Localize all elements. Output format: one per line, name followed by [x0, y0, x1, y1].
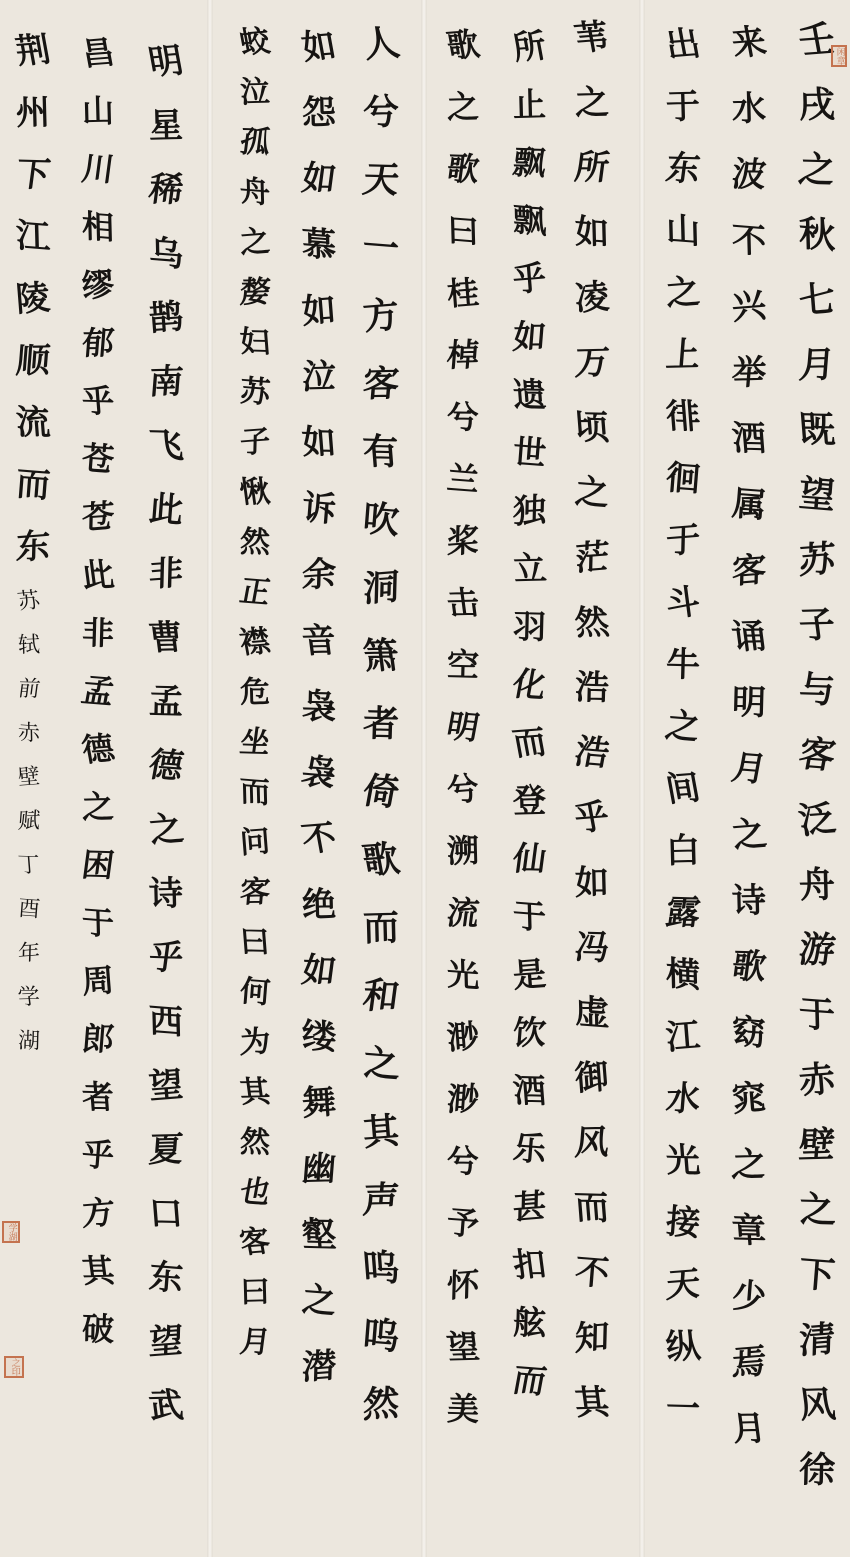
- calligraphy-character: 诗: [148, 862, 184, 927]
- calligraphy-character: 稀: [145, 158, 187, 223]
- calligraphy-character: 东: [662, 138, 704, 201]
- calligraphy-character: 浩: [574, 656, 610, 722]
- calligraphy-character: 州: [15, 82, 51, 145]
- seal-stamp-name: 之印: [4, 1356, 24, 1378]
- calligraphy-character: 壁: [16, 755, 41, 801]
- calligraphy-character: 而: [14, 453, 53, 517]
- calligraphy-character: 是: [510, 945, 547, 1005]
- calligraphy-character: 然: [239, 518, 270, 569]
- calligraphy-character: 荆: [11, 19, 56, 83]
- calligraphy-character: 缕: [301, 1003, 337, 1071]
- calligraphy-character: 白: [665, 820, 701, 883]
- calligraphy-character: 之: [661, 695, 706, 759]
- calligraphy-character: 其: [571, 1371, 613, 1437]
- calligraphy-character: 兮: [362, 78, 400, 147]
- calligraphy-character: 如: [574, 851, 610, 917]
- calligraphy-character: 明: [143, 29, 188, 95]
- calligraphy-character: 襟: [236, 617, 275, 669]
- calligraphy-character: 下: [12, 144, 54, 207]
- calligraphy-character: 缪: [80, 255, 116, 315]
- calligraphy-character: 棹: [445, 324, 482, 387]
- calligraphy-character: 徐: [798, 1438, 836, 1504]
- calligraphy-character: 舟: [798, 853, 836, 919]
- calligraphy-character: 怀: [446, 1253, 480, 1317]
- calligraphy-character: 曹: [145, 606, 187, 671]
- calligraphy-character: 客: [360, 350, 401, 419]
- calligraphy-character: 子: [239, 417, 270, 469]
- calligraphy-character: 学: [15, 976, 43, 1021]
- calligraphy-character: 孟: [77, 661, 119, 721]
- calligraphy-character: 口: [146, 1182, 185, 1247]
- calligraphy-character: 前: [15, 668, 43, 713]
- calligraphy-column: 壬戌之秋七月既望苏子与客泛舟游于赤壁之下清风徐: [790, 8, 844, 1503]
- calligraphy-character: 露: [662, 882, 704, 945]
- calligraphy-character: 兰: [445, 447, 482, 511]
- calligraphy-character: 然: [571, 591, 613, 657]
- calligraphy-column: 人兮天一方客有吹洞箫者倚歌而和之其声呜呜然: [352, 10, 410, 1438]
- calligraphy-character: 人: [357, 9, 405, 80]
- calligraphy-character: 和: [359, 962, 404, 1031]
- calligraphy-character: 间: [661, 757, 706, 821]
- calligraphy-character: 绝: [301, 872, 337, 939]
- calligraphy-character: 如: [574, 200, 610, 267]
- calligraphy-artwork: 壬戌之秋七月既望苏子与客泛舟游于赤壁之下清风徐 来水波不兴举酒属客诵明月之诗歌窈…: [0, 0, 850, 1557]
- calligraphy-character: 甚: [512, 1177, 547, 1237]
- calligraphy-character: 波: [728, 142, 771, 209]
- calligraphy-character: 化: [507, 655, 550, 715]
- calligraphy-character: 知: [574, 1305, 610, 1372]
- calligraphy-character: 接: [664, 1191, 703, 1255]
- calligraphy-character: 而: [239, 767, 270, 819]
- calligraphy-character: 如: [299, 277, 338, 345]
- calligraphy-character: 之: [143, 797, 188, 863]
- calligraphy-character: 来: [726, 9, 772, 77]
- calligraphy-character: 章: [729, 1198, 768, 1265]
- calligraphy-character: 赋: [16, 800, 42, 845]
- calligraphy-character: 江: [664, 1005, 703, 1069]
- calligraphy-character: 吹: [360, 485, 401, 556]
- calligraphy-character: 曰: [446, 199, 480, 263]
- calligraphy-character: 酒: [510, 1062, 548, 1121]
- calligraphy-character: 予: [445, 1191, 482, 1255]
- calligraphy-character: 戌: [798, 73, 836, 139]
- calligraphy-character: 非: [81, 604, 115, 663]
- calligraphy-character: 举: [729, 340, 768, 407]
- calligraphy-character: 明: [441, 695, 484, 759]
- calligraphy-character: 嫠: [238, 268, 272, 319]
- calligraphy-character: 月: [728, 1396, 771, 1463]
- calligraphy-character: 之: [796, 1178, 837, 1244]
- calligraphy-character: 天: [665, 1253, 701, 1317]
- calligraphy-character: 南: [146, 350, 185, 415]
- calligraphy-character: 何: [238, 967, 272, 1019]
- calligraphy-character: 徊: [664, 447, 703, 511]
- calligraphy-character: 牛: [665, 634, 701, 697]
- calligraphy-character: 光: [446, 943, 480, 1007]
- calligraphy-character: 兴: [729, 273, 768, 341]
- calligraphy-character: 乎: [510, 249, 547, 309]
- calligraphy-character: 诵: [728, 604, 771, 671]
- calligraphy-character: 窕: [729, 1065, 768, 1133]
- calligraphy-character: 望: [443, 1316, 483, 1379]
- calligraphy-character: 相: [81, 197, 115, 257]
- calligraphy-character: 水: [731, 76, 767, 143]
- calligraphy-character: 苏: [14, 579, 44, 625]
- calligraphy-character: 其: [237, 1068, 273, 1119]
- calligraphy-character: 流: [14, 392, 53, 455]
- calligraphy-character: 游: [795, 918, 839, 984]
- calligraphy-character: 少: [729, 1263, 768, 1331]
- calligraphy-character: 之: [446, 76, 480, 139]
- calligraphy-character: 壁: [796, 1113, 837, 1179]
- calligraphy-character: 出: [661, 13, 706, 77]
- calligraphy-character: 问: [238, 817, 272, 869]
- calligraphy-character: 孤: [237, 118, 273, 169]
- calligraphy-character: 乎: [80, 372, 117, 431]
- calligraphy-character: 武: [145, 1374, 187, 1439]
- calligraphy-character: 陵: [14, 267, 53, 331]
- calligraphy-character: 望: [147, 1053, 186, 1119]
- calligraphy-character: 者: [362, 690, 400, 759]
- calligraphy-character: 秋: [798, 202, 836, 270]
- calligraphy-character: 郎: [80, 1010, 117, 1069]
- calligraphy-character: 妇: [238, 318, 272, 369]
- calligraphy-character: 鹊: [147, 285, 186, 351]
- calligraphy-character: 美: [446, 1378, 480, 1441]
- calligraphy-character: 之: [362, 1029, 400, 1100]
- calligraphy-column: 所止飘飘乎如遗世独立羽化而登仙于是饮酒乐甚扣舷而: [502, 18, 556, 1410]
- calligraphy-character: 轼: [17, 624, 40, 669]
- calligraphy-character: 周: [80, 951, 116, 1011]
- calligraphy-character: 箫: [359, 622, 404, 691]
- calligraphy-character: 者: [80, 1068, 117, 1127]
- calligraphy-character: 望: [148, 1309, 184, 1375]
- calligraphy-character: 凌: [573, 265, 612, 332]
- calligraphy-character: 兮: [445, 386, 482, 449]
- calligraphy-character: 江: [15, 205, 51, 269]
- calligraphy-character: 兮: [445, 1130, 482, 1193]
- calligraphy-character: 与: [798, 658, 836, 724]
- calligraphy-character: 如: [296, 13, 342, 81]
- calligraphy-character: 客: [236, 1217, 275, 1269]
- calligraphy-character: 月: [726, 735, 772, 803]
- calligraphy-character: 西: [148, 989, 184, 1055]
- calligraphy-character: 诗: [731, 868, 767, 935]
- calligraphy-character: 之: [574, 71, 610, 137]
- calligraphy-character: 苍: [81, 487, 115, 547]
- calligraphy-character: 纵: [662, 1316, 704, 1379]
- calligraphy-character: 清: [798, 1307, 836, 1375]
- calligraphy-character: 焉: [731, 1329, 767, 1397]
- calligraphy-character: 年: [17, 931, 40, 977]
- calligraphy-character: 呜: [360, 1301, 401, 1372]
- calligraphy-character: 余: [301, 541, 337, 609]
- calligraphy-character: 之: [299, 1267, 338, 1335]
- calligraphy-character: 客: [731, 537, 767, 605]
- calligraphy-character: 德: [77, 719, 119, 779]
- calligraphy-character: 而: [572, 1176, 611, 1242]
- calligraphy-character: 于: [798, 982, 836, 1050]
- calligraphy-character: 七: [796, 267, 837, 335]
- calligraphy-column: 苇之所如凌万顷之茫然浩浩乎如冯虚御风而不知其: [565, 6, 619, 1436]
- calligraphy-column: 蛟泣孤舟之嫠妇苏子愀然正襟危坐而问客曰何为其然也客曰月: [228, 18, 282, 1368]
- calligraphy-character: 乎: [145, 926, 187, 991]
- calligraphy-column: 荆州下江陵顺流而东: [8, 20, 58, 578]
- calligraphy-character: 酒: [729, 406, 768, 473]
- calligraphy-character: 夏: [146, 1118, 185, 1183]
- calligraphy-character: 非: [148, 541, 184, 607]
- calligraphy-column: 出于东山之上徘徊于斗牛之间白露横江水光接天纵一: [656, 14, 710, 1440]
- calligraphy-character: 赤: [796, 1047, 837, 1115]
- calligraphy-character: 愀: [237, 468, 273, 519]
- calligraphy-character: 然: [239, 1118, 270, 1169]
- seal-stamp-opening: 闲章: [831, 45, 847, 67]
- calligraphy-character: 赤: [17, 711, 40, 757]
- calligraphy-column: 明星稀乌鹊南飞此非曹孟德之诗乎西望夏口东望武: [138, 30, 194, 1438]
- calligraphy-character: 不: [296, 805, 342, 873]
- calligraphy-character: 浩: [569, 720, 615, 787]
- calligraphy-character: 仙: [509, 830, 550, 889]
- calligraphy-character: 风: [795, 1373, 839, 1439]
- calligraphy-character: 桂: [445, 261, 482, 325]
- calligraphy-character: 泣: [239, 68, 270, 119]
- calligraphy-character: 徘: [664, 386, 703, 449]
- calligraphy-character: 月: [796, 333, 837, 399]
- calligraphy-character: 音: [298, 608, 341, 675]
- calligraphy-character: 上: [664, 324, 703, 387]
- calligraphy-character: 桨: [446, 509, 480, 573]
- calligraphy-column: 来水波不兴举酒属客诵明月之诗歌窈窕之章少焉月: [722, 10, 776, 1462]
- calligraphy-character: 登: [512, 772, 547, 831]
- calligraphy-character: 之: [726, 801, 772, 869]
- calligraphy-character: 舟: [239, 167, 270, 219]
- calligraphy-character: 属: [729, 471, 768, 539]
- calligraphy-character: 扣: [509, 1236, 550, 1295]
- calligraphy-character: 明: [731, 670, 767, 737]
- calligraphy-character: 方: [360, 281, 401, 352]
- calligraphy-character: 也: [236, 1167, 275, 1219]
- calligraphy-character: 有: [360, 418, 401, 487]
- calligraphy-character: 下: [796, 1242, 837, 1310]
- calligraphy-character: 昌: [77, 23, 119, 83]
- calligraphy-character: 之: [664, 261, 703, 325]
- calligraphy-character: 破: [81, 1300, 115, 1359]
- calligraphy-character: 斗: [662, 572, 704, 635]
- calligraphy-character: 然: [362, 1369, 400, 1440]
- calligraphy-character: 而: [507, 713, 550, 773]
- calligraphy-character: 之: [729, 1132, 768, 1199]
- calligraphy-character: 所: [571, 136, 613, 202]
- calligraphy-character: 客: [793, 722, 841, 790]
- calligraphy-character: 如: [298, 146, 341, 213]
- calligraphy-character: 怨: [301, 80, 337, 147]
- signature-inscription: 苏轼前赤壁赋丁酉年学湖: [12, 580, 46, 1064]
- calligraphy-character: 如: [298, 938, 341, 1005]
- calligraphy-character: 东: [15, 515, 51, 579]
- calligraphy-character: 茫: [574, 525, 610, 592]
- calligraphy-character: 山: [81, 82, 115, 141]
- calligraphy-character: 诉: [299, 475, 338, 543]
- calligraphy-character: 不: [573, 1240, 612, 1307]
- calligraphy-character: 慕: [301, 211, 337, 279]
- calligraphy-character: 于: [665, 76, 701, 139]
- calligraphy-character: 饮: [510, 1004, 548, 1063]
- calligraphy-character: 横: [665, 943, 701, 1007]
- calligraphy-character: 歌: [441, 13, 484, 77]
- calligraphy-character: 呜: [360, 1234, 401, 1303]
- calligraphy-character: 天: [359, 146, 404, 215]
- calligraphy-character: 之: [238, 217, 272, 269]
- calligraphy-character: 之: [795, 138, 839, 204]
- calligraphy-character: 泣: [299, 344, 338, 411]
- calligraphy-character: 之: [81, 778, 115, 837]
- calligraphy-character: 袅: [301, 674, 337, 741]
- calligraphy-character: 于: [512, 887, 547, 947]
- calligraphy-character: 泛: [793, 787, 841, 855]
- calligraphy-character: 遗: [510, 366, 548, 425]
- calligraphy-character: 顺: [14, 330, 53, 393]
- calligraphy-character: 于: [81, 893, 115, 953]
- calligraphy-character: 歌: [357, 825, 405, 896]
- calligraphy-character: 方: [81, 1183, 115, 1243]
- calligraphy-character: 羽: [512, 598, 547, 657]
- calligraphy-character: 飘: [512, 191, 547, 251]
- calligraphy-character: 飘: [509, 134, 550, 193]
- calligraphy-character: 兮: [441, 757, 484, 821]
- calligraphy-character: 倚: [357, 757, 405, 828]
- calligraphy-character: 袅: [296, 739, 342, 807]
- calligraphy-character: 坐: [237, 718, 273, 769]
- calligraphy-character: 一: [665, 1378, 701, 1441]
- calligraphy-character: 止: [512, 76, 547, 135]
- calligraphy-character: 苇: [569, 5, 615, 72]
- calligraphy-character: 乎: [569, 785, 615, 852]
- calligraphy-character: 于: [665, 509, 701, 573]
- calligraphy-character: 壑: [299, 1202, 338, 1269]
- calligraphy-character: 不: [731, 207, 767, 275]
- calligraphy-character: 郁: [80, 314, 117, 373]
- calligraphy-character: 川: [78, 140, 118, 199]
- calligraphy-character: 舷: [512, 1294, 547, 1353]
- calligraphy-character: 独: [512, 481, 547, 541]
- calligraphy-character: 世: [510, 423, 547, 483]
- calligraphy-character: 湖: [17, 1020, 40, 1065]
- calligraphy-character: 舞: [299, 1069, 338, 1137]
- calligraphy-character: 流: [443, 882, 483, 945]
- calligraphy-character: 此: [147, 477, 186, 543]
- calligraphy-character: 溯: [446, 820, 480, 883]
- calligraphy-character: 丁: [16, 844, 42, 889]
- calligraphy-character: 乌: [148, 221, 184, 287]
- calligraphy-character: 飞: [146, 414, 185, 479]
- calligraphy-character: 既: [796, 398, 837, 464]
- seal-stamp-name: 学湖: [2, 1221, 20, 1243]
- calligraphy-character: 危: [239, 668, 270, 719]
- calligraphy-character: 如: [299, 410, 338, 477]
- calligraphy-character: 而: [507, 1351, 550, 1411]
- calligraphy-character: 乎: [80, 1125, 116, 1185]
- calligraphy-character: 正: [236, 567, 275, 619]
- calligraphy-character: 窈: [731, 999, 767, 1067]
- calligraphy-character: 声: [360, 1166, 401, 1235]
- calligraphy-character: 光: [664, 1130, 703, 1193]
- calligraphy-character: 其: [360, 1097, 401, 1168]
- calligraphy-character: 风: [572, 1111, 611, 1177]
- calligraphy-character: 曰: [238, 918, 272, 969]
- calligraphy-column: 昌山川相缪郁乎苍苍此非孟德之困于周郎者乎方其破: [70, 24, 126, 1358]
- calligraphy-character: 其: [78, 1242, 118, 1301]
- calligraphy-character: 望: [796, 462, 837, 530]
- calligraphy-character: 之: [573, 460, 612, 527]
- calligraphy-character: 歌: [728, 934, 771, 1001]
- calligraphy-character: 一: [362, 213, 400, 284]
- calligraphy-character: 蛟: [236, 17, 275, 69]
- calligraphy-character: 洞: [362, 553, 400, 624]
- calligraphy-character: 御: [573, 1045, 612, 1112]
- calligraphy-character: 万: [572, 331, 611, 397]
- calligraphy-character: 立: [509, 540, 550, 599]
- calligraphy-character: 歌: [443, 138, 483, 201]
- calligraphy-column: 如怨如慕如泣如诉余音袅袅不绝如缕舞幽壑之潜: [292, 14, 346, 1400]
- calligraphy-character: 空: [446, 634, 480, 697]
- calligraphy-character: 困: [78, 836, 118, 895]
- calligraphy-character: 山: [665, 199, 701, 263]
- calligraphy-character: 幽: [299, 1136, 338, 1203]
- calligraphy-character: 酉: [16, 887, 41, 933]
- calligraphy-character: 此: [78, 546, 118, 605]
- calligraphy-column: 歌之歌曰桂棹兮兰桨击空明兮溯流光渺渺兮予怀望美: [436, 14, 490, 1440]
- calligraphy-character: 渺: [445, 1005, 482, 1069]
- calligraphy-character: 苏: [238, 367, 272, 419]
- calligraphy-character: 月: [237, 1318, 273, 1369]
- calligraphy-character: 德: [143, 733, 188, 799]
- calligraphy-character: 苏: [798, 527, 836, 595]
- calligraphy-character: 击: [443, 572, 483, 635]
- calligraphy-character: 渺: [445, 1068, 482, 1131]
- calligraphy-character: 曰: [239, 1268, 270, 1319]
- calligraphy-character: 潜: [301, 1333, 337, 1401]
- calligraphy-character: 东: [147, 1245, 186, 1311]
- calligraphy-character: 冯: [571, 916, 613, 982]
- calligraphy-character: 子: [795, 593, 839, 659]
- calligraphy-character: 孟: [148, 670, 184, 735]
- calligraphy-character: 虚: [574, 980, 610, 1047]
- calligraphy-character: 客: [238, 868, 272, 919]
- calligraphy-character: 为: [239, 1017, 270, 1069]
- calligraphy-character: 顷: [572, 396, 611, 462]
- calligraphy-character: 苍: [80, 429, 116, 489]
- calligraphy-character: 水: [664, 1068, 703, 1131]
- calligraphy-character: 如: [510, 308, 548, 367]
- calligraphy-character: 而: [362, 894, 400, 963]
- calligraphy-character: 星: [148, 94, 184, 159]
- calligraphy-character: 所: [507, 17, 550, 77]
- calligraphy-character: 乐: [510, 1119, 547, 1179]
